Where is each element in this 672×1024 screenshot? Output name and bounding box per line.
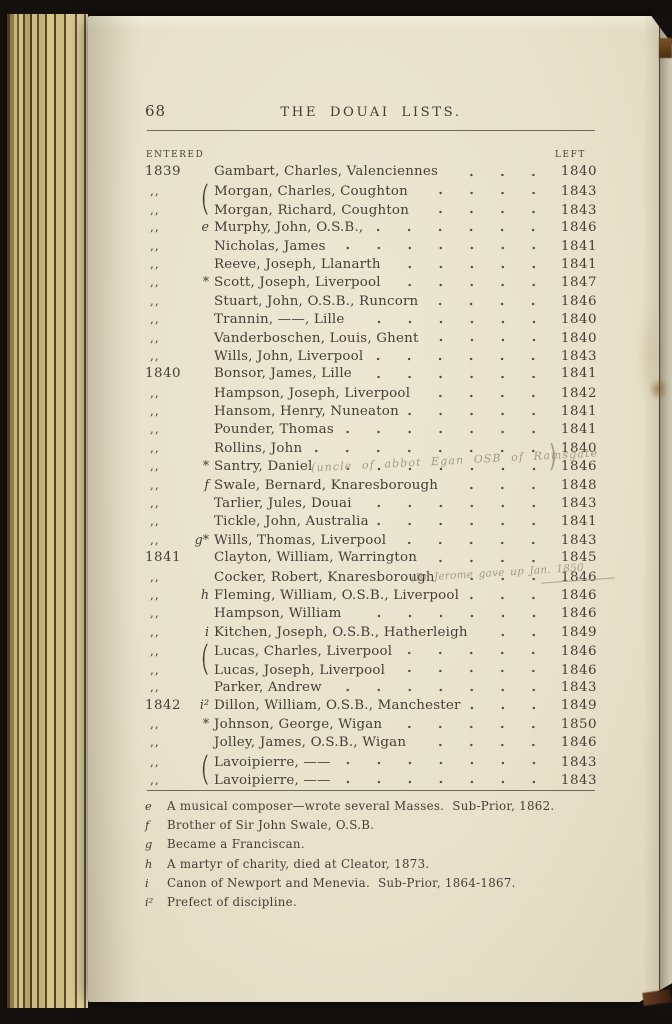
- table-row: ,,Stuart, John, O.S.B., Runcorn1846: [145, 292, 597, 310]
- footnotes: eA musical composer—wrote several Masses…: [145, 797, 597, 912]
- student-name: Kitchen, Joseph, O.S.B., Hatherleigh: [214, 624, 468, 642]
- student-name: Cocker, Robert, Knaresborough: [214, 569, 435, 587]
- book-photo: 68 THE DOUAI LISTS. ENTERED LEFT 1839Gam…: [0, 0, 672, 1024]
- footnote-marker: g: [145, 835, 167, 854]
- footnote-marker: e: [189, 218, 209, 236]
- student-name: Stuart, John, O.S.B., Runcorn: [214, 293, 418, 311]
- table-row: ,,Hampson, Joseph, Liverpool1842: [145, 384, 597, 402]
- dots-leader: [389, 273, 553, 291]
- ditto-mark: ,,: [145, 568, 189, 586]
- student-name: Rollins, John: [214, 440, 302, 458]
- dots-leader: [360, 365, 553, 383]
- footnote-rule: [147, 790, 595, 791]
- table-row: ,,*Scott, Joseph, Liverpool1847: [145, 273, 597, 291]
- dots-leader: [371, 218, 553, 236]
- table-row: ,,⎝Morgan, Richard, Coughton1843: [145, 200, 597, 218]
- ditto-mark: ,,: [145, 420, 189, 438]
- left-year: 1840: [557, 163, 597, 181]
- ditto-mark: ,,: [145, 329, 189, 347]
- left-year: 1846: [557, 293, 597, 311]
- dots-leader: [377, 512, 553, 530]
- ditto-mark: ,,: [145, 512, 189, 530]
- student-name: Scott, Joseph, Liverpool: [214, 274, 381, 292]
- table-row: ,,Hampson, William1846: [145, 604, 597, 622]
- table-row: ,,fSwale, Bernard, Knaresborough1848: [145, 476, 597, 494]
- table-row: ,,Hansom, Henry, Nuneaton1841: [145, 402, 597, 420]
- dots-leader: [418, 384, 553, 402]
- student-name: Swale, Bernard, Knaresborough: [214, 477, 438, 495]
- table-row: ,,⎛Lavoipierre, ——1843: [145, 752, 597, 770]
- left-year: 1841: [557, 513, 597, 531]
- facing-page-edge: [659, 16, 672, 1002]
- footnote-marker: f: [145, 816, 167, 835]
- footnote-marker: h: [145, 855, 167, 874]
- dots-leader: [426, 292, 553, 310]
- corner-page-edge-top: [659, 38, 672, 58]
- table-row: ,,Pounder, Thomas1841: [145, 420, 597, 438]
- table-row: ,,g*Wills, Thomas, Liverpool1843: [145, 531, 597, 549]
- left-year: 1840: [557, 330, 597, 348]
- table-row: 1840Bonsor, James, Lille1841: [145, 365, 597, 383]
- left-year: 1849: [557, 624, 597, 642]
- dots-leader: [469, 696, 553, 714]
- left-year: 1847: [557, 274, 597, 292]
- ditto-mark: ,,: [145, 642, 189, 660]
- footnote-item: eA musical composer—wrote several Masses…: [145, 797, 597, 816]
- ditto-mark: ,,: [145, 604, 189, 622]
- student-name: Johnson, George, Wigan: [214, 716, 382, 734]
- ditto-mark: ,,: [145, 661, 189, 679]
- dots-leader: [407, 402, 553, 420]
- dots-leader: [417, 200, 553, 218]
- header-rule: [147, 130, 595, 131]
- column-header-left: LEFT: [555, 150, 586, 160]
- ditto-mark: ,,: [145, 402, 189, 420]
- ditto-mark: ,,: [145, 531, 189, 549]
- footnote-marker: i²: [145, 893, 167, 912]
- ditto-mark: ,,: [145, 678, 189, 696]
- table-row: ,,Nicholas, James1841: [145, 237, 597, 255]
- footnote-text: A martyr of charity, died at Cleator, 18…: [167, 855, 429, 874]
- student-name: Reeve, Joseph, Llanarth: [214, 256, 381, 274]
- footnote-marker: *: [189, 273, 209, 291]
- dots-leader: [394, 531, 553, 549]
- student-name: Bonsor, James, Lille: [214, 365, 352, 383]
- left-year: 1848: [557, 477, 597, 495]
- table-row: 1839Gambart, Charles, Valenciennes1840: [145, 163, 597, 181]
- dots-leader: [414, 733, 553, 751]
- table-row: ,,hFleming, William, O.S.B., Liverpool18…: [145, 586, 597, 604]
- left-year: 1841: [557, 421, 597, 439]
- dots-leader: [353, 310, 553, 328]
- dots-leader: [390, 715, 553, 733]
- student-name: Wills, John, Liverpool: [214, 348, 363, 366]
- ditto-mark: ,,: [145, 753, 189, 771]
- dots-leader: [350, 604, 553, 622]
- book-page: 68 THE DOUAI LISTS. ENTERED LEFT 1839Gam…: [88, 16, 659, 1002]
- left-year: 1842: [557, 385, 597, 403]
- table-row: ,,Vanderboschen, Louis, Ghent1840: [145, 329, 597, 347]
- ditto-mark: ,,: [145, 310, 189, 328]
- pair-brace: ⎝: [189, 197, 209, 215]
- dots-leader: [339, 770, 553, 788]
- dots-leader: [446, 163, 553, 181]
- left-year: 1840: [557, 311, 597, 329]
- table-row: ,,⎛Lucas, Charles, Liverpool1846: [145, 641, 597, 659]
- table-row: ,,⎛Morgan, Charles, Coughton1843: [145, 181, 597, 199]
- ditto-mark: ,,: [145, 273, 189, 291]
- page-stain: [649, 378, 668, 400]
- table-row: 1842i²Dillon, William, O.S.B., Mancheste…: [145, 696, 597, 714]
- dots-leader: [342, 420, 553, 438]
- pair-brace: ⎝: [189, 657, 209, 675]
- footnote-text: A musical composer—wrote several Masses.…: [167, 797, 554, 816]
- table-row: ,,Jolley, James, O.S.B., Wigan1846: [145, 733, 597, 751]
- ditto-mark: ,,: [145, 201, 189, 219]
- dots-leader: [476, 623, 553, 641]
- student-name: Lavoipierre, ——: [214, 772, 331, 790]
- ditto-mark: ,,: [145, 439, 189, 457]
- ditto-mark: ,,: [145, 623, 189, 641]
- footnote-text: Became a Franciscan.: [167, 835, 305, 854]
- footnote-text: Prefect of discipline.: [167, 893, 297, 912]
- footnote-marker: f: [189, 476, 209, 494]
- table-row: ,,*Johnson, George, Wigan1850: [145, 715, 597, 733]
- handwritten-bracket: ): [549, 442, 557, 472]
- student-name: Hampson, Joseph, Liverpool: [214, 385, 410, 403]
- text-block: 68 THE DOUAI LISTS. ENTERED LEFT 1839Gam…: [145, 16, 597, 1002]
- table-row: ,,Tarlier, Jules, Douai1843: [145, 494, 597, 512]
- table-row: ,,*Santry, Daniel(uncle of abbot Egan OS…: [145, 457, 597, 475]
- left-year: 1841: [557, 238, 597, 256]
- entries-list: 1839Gambart, Charles, Valenciennes1840,,…: [145, 163, 597, 788]
- ditto-mark: ,,: [145, 494, 189, 512]
- student-name: Fleming, William, O.S.B., Liverpool: [214, 587, 459, 605]
- student-name: Trannin, ——, Lille: [214, 311, 345, 329]
- dots-leader: [371, 347, 553, 365]
- dots-leader: [467, 586, 553, 604]
- table-row: ,,Cocker, Robert, Knaresborough(Br Jerom…: [145, 568, 597, 586]
- table-row: ,,Reeve, Joseph, Llanarth1841: [145, 255, 597, 273]
- footnote-marker: i²: [189, 696, 209, 714]
- left-year: 1843: [557, 348, 597, 366]
- ditto-mark: ,,: [145, 292, 189, 310]
- left-year: 1846: [557, 734, 597, 752]
- ditto-mark: ,,: [145, 586, 189, 604]
- entered-year: 1840: [145, 365, 189, 383]
- column-header-entered: ENTERED: [146, 150, 204, 160]
- dots-leader: [330, 678, 553, 696]
- left-year: 1843: [557, 679, 597, 697]
- student-name: Jolley, James, O.S.B., Wigan: [214, 734, 406, 752]
- footnote-text: Canon of Newport and Menevia. Sub-Prior,…: [167, 874, 516, 893]
- dots-leader: [416, 181, 553, 199]
- student-name: Hansom, Henry, Nuneaton: [214, 403, 399, 421]
- left-year: 1841: [557, 403, 597, 421]
- footnote-marker: g*: [189, 531, 209, 549]
- table-row: ,,Parker, Andrew1843: [145, 678, 597, 696]
- entered-year: 1842: [145, 697, 189, 715]
- student-name: Dillon, William, O.S.B., Manchester: [214, 697, 461, 715]
- dots-leader: [334, 237, 553, 255]
- left-year: 1846: [557, 219, 597, 237]
- dots-leader: [339, 752, 553, 770]
- student-name: Nicholas, James: [214, 238, 326, 256]
- table-row: ,,eMurphy, John, O.S.B.,1846: [145, 218, 597, 236]
- ditto-mark: ,,: [145, 182, 189, 200]
- footnote-item: i²Prefect of discipline.: [145, 893, 597, 912]
- left-year: 1841: [557, 256, 597, 274]
- student-name: Santry, Daniel: [214, 458, 313, 476]
- footnote-item: iCanon of Newport and Menevia. Sub-Prior…: [145, 874, 597, 893]
- dots-leader: [389, 255, 553, 273]
- ditto-mark: ,,: [145, 771, 189, 789]
- running-header: THE DOUAI LISTS.: [145, 105, 597, 120]
- left-year: 1850: [557, 716, 597, 734]
- footnote-marker: *: [189, 457, 209, 475]
- ditto-mark: ,,: [145, 218, 189, 236]
- pair-brace: ⎝: [189, 767, 209, 785]
- left-year: 1846: [557, 587, 597, 605]
- table-row: ,,⎝Lavoipierre, ——1843: [145, 770, 597, 788]
- ditto-mark: ,,: [145, 476, 189, 494]
- left-year: 1846: [557, 605, 597, 623]
- footnote-marker: i: [145, 874, 167, 893]
- ditto-mark: ,,: [145, 384, 189, 402]
- table-row: ,,Tickle, John, Australia1841: [145, 512, 597, 530]
- student-name: Wills, Thomas, Liverpool: [214, 532, 386, 550]
- left-year: 1843: [557, 532, 597, 550]
- dots-leader: [393, 660, 553, 678]
- student-name: Hampson, William: [214, 605, 342, 623]
- dots-leader: [360, 494, 553, 512]
- student-name: Vanderboschen, Louis, Ghent: [214, 330, 419, 348]
- footnote-marker: h: [189, 586, 209, 604]
- table-row: ,,iKitchen, Joseph, O.S.B., Hatherleigh1…: [145, 623, 597, 641]
- student-name: Murphy, John, O.S.B.,: [214, 219, 363, 237]
- left-year: 1843: [557, 495, 597, 513]
- student-name: Tarlier, Jules, Douai: [214, 495, 352, 513]
- ditto-mark: ,,: [145, 347, 189, 365]
- left-year: 1843: [557, 772, 597, 790]
- footnote-item: fBrother of Sir John Swale, O.S.B.: [145, 816, 597, 835]
- ditto-mark: ,,: [145, 715, 189, 733]
- left-year: 1841: [557, 365, 597, 383]
- entered-year: 1839: [145, 163, 189, 181]
- student-name: Clayton, William, Warrington: [214, 549, 417, 567]
- student-name: Pounder, Thomas: [214, 421, 334, 439]
- student-name: Tickle, John, Australia: [214, 513, 369, 531]
- left-year: 1849: [557, 697, 597, 715]
- footnote-text: Brother of Sir John Swale, O.S.B.: [167, 816, 374, 835]
- ditto-mark: ,,: [145, 237, 189, 255]
- student-name: Parker, Andrew: [214, 679, 322, 697]
- ditto-mark: ,,: [145, 255, 189, 273]
- footnote-marker: e: [145, 797, 167, 816]
- table-row: ,,Wills, John, Liverpool1843: [145, 347, 597, 365]
- student-name: Gambart, Charles, Valenciennes: [214, 163, 438, 181]
- ditto-mark: ,,: [145, 457, 189, 475]
- ditto-mark: ,,: [145, 733, 189, 751]
- dots-leader: [400, 641, 553, 659]
- table-row: ,,⎝Lucas, Joseph, Liverpool1846: [145, 660, 597, 678]
- dots-leader: [427, 329, 553, 347]
- footnote-item: gBecame a Franciscan.: [145, 835, 597, 854]
- left-page-edges: [4, 14, 88, 1008]
- footnote-item: hA martyr of charity, died at Cleator, 1…: [145, 855, 597, 874]
- footnote-marker: i: [189, 623, 209, 641]
- table-row: ,,Trannin, ——, Lille1840: [145, 310, 597, 328]
- entered-year: 1841: [145, 549, 189, 567]
- dots-leader: [446, 476, 553, 494]
- footnote-marker: *: [189, 715, 209, 733]
